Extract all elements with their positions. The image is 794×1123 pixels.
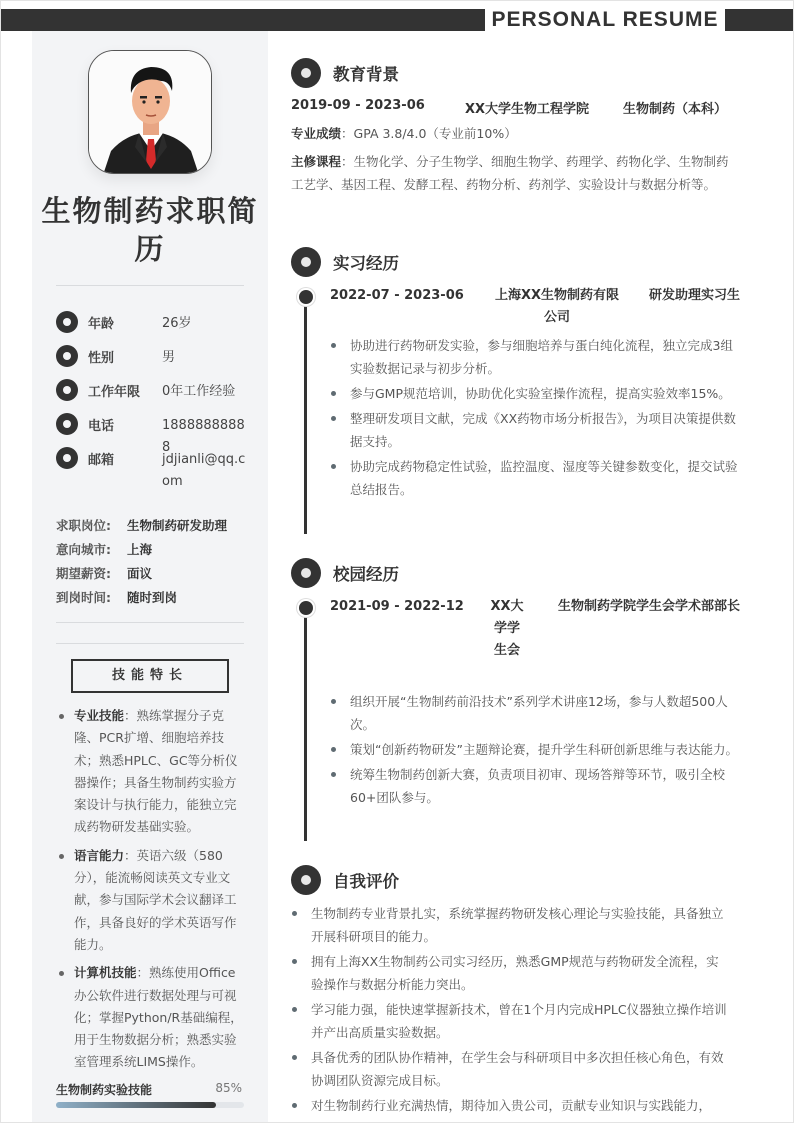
gpa-label: 专业成绩 [291, 126, 341, 141]
bullet-item: 学习能力强，能快速掌握新技术，曾在1个月内完成HPLC仪器独立操作培训并产出高质… [289, 998, 729, 1044]
intent-position: 求职岗位:生物制药研发助理 [56, 514, 227, 538]
intent-label: 期望薪资: [56, 562, 127, 586]
section-title: 自我评价 [333, 868, 399, 892]
circle-bullet-icon [56, 413, 78, 435]
skills-list: 专业技能：熟练掌握分子克隆、PCR扩增、细胞培养技术；熟悉HPLC、GC等分析仪… [56, 705, 246, 1080]
intent-label: 意向城市: [56, 538, 127, 562]
skill-item: 专业技能：熟练掌握分子克隆、PCR扩增、细胞培养技术；熟悉HPLC、GC等分析仪… [56, 705, 246, 839]
info-label: 工作年限 [88, 381, 140, 400]
intent-salary: 期望薪资:面议 [56, 562, 152, 586]
bullet-item: 拥有上海XX生物制药公司实习经历，熟悉GMP规范与药物研发全流程，实验操作与数据… [289, 950, 729, 996]
campus-org: XX大学学生会 [488, 596, 526, 662]
education-courses: 主修课程：生物化学、分子生物学、细胞生物学、药理学、药物化学、生物制药工艺学、基… [291, 150, 736, 196]
bullet-item: 协助进行药物研发实验，参与细胞培养与蛋白纯化流程，独立完成3组实验数据记录与初步… [328, 334, 738, 380]
intent-availability: 到岗时间:随时到岗 [56, 586, 177, 610]
bullet-item: 整理研发项目文献，完成《XX药物市场分析报告》，为项目决策提供数据支持。 [328, 407, 738, 453]
section-bullet-icon [291, 865, 321, 895]
courses-text: ：生物化学、分子生物学、细胞生物学、药理学、药物化学、生物制药工艺学、基因工程、… [291, 154, 729, 192]
bullet-item: 组织开展“生物制药前沿技术”系列学术讲座12场，参与人数超500人次。 [328, 690, 738, 736]
bullet-item: 策划“创新药物研发”主题辩论赛，提升学生科研创新思维与表达能力。 [328, 738, 738, 761]
intent-value: 生物制药研发助理 [127, 518, 227, 533]
intent-label: 到岗时间: [56, 586, 127, 610]
skill-bar-label: 生物制药实验技能 [56, 1081, 152, 1098]
info-label: 邮箱 [88, 449, 114, 468]
circle-bullet-icon [56, 345, 78, 367]
internship-role: 研发助理实习生 [649, 285, 740, 307]
section-title: 实习经历 [333, 250, 399, 274]
skill-text: ：熟练掌握分子克隆、PCR扩增、细胞培养技术；熟悉HPLC、GC等分析仪器操作；… [74, 708, 238, 834]
divider [56, 285, 244, 286]
sidebar: 生物制药求职简历 年龄 26岁 性别 男 工作年限 0年工作经验 电话 1888… [32, 31, 268, 1123]
header-bar-right [725, 9, 794, 31]
education-date: 2019-09 - 2023-06 [291, 98, 425, 113]
education-school: XX大学生物工程学院 [465, 98, 589, 117]
skill-bar-percent: 85% [212, 1081, 242, 1095]
section-title: 校园经历 [333, 561, 399, 585]
intent-value: 随时到岗 [127, 590, 177, 605]
circle-bullet-icon [56, 379, 78, 401]
courses-label: 主修课程 [291, 154, 341, 169]
skill-item: 语言能力：英语六级（580分），能流畅阅读英文专业文献，参与国际学术会议翻译工作… [56, 845, 246, 956]
section-title: 教育背景 [333, 61, 399, 85]
bullet-item: 具备优秀的团队协作精神，在学生会与科研项目中多次担任核心角色，有效协调团队资源完… [289, 1046, 729, 1092]
skill-text: ：熟练使用Office办公软件进行数据处理与可视化；掌握Python/R基础编程… [74, 965, 243, 1069]
info-value[interactable]: jdjianli@qq.com [162, 449, 248, 493]
circle-bullet-icon [56, 447, 78, 469]
campus-bullets: 组织开展“生物制药前沿技术”系列学术讲座12场，参与人数超500人次。 策划“创… [328, 690, 738, 811]
divider [56, 643, 244, 644]
internship-bullets: 协助进行药物研发实验，参与细胞培养与蛋白纯化流程，独立完成3组实验数据记录与初步… [328, 334, 738, 503]
intent-value: 上海 [127, 542, 152, 557]
skill-title: 语言能力 [74, 848, 124, 863]
circle-bullet-icon [56, 311, 78, 333]
skill-title: 计算机技能 [74, 965, 137, 980]
skill-text: ：英语六级（580分），能流畅阅读英文专业文献，参与国际学术会议翻译工作，具备良… [74, 848, 237, 952]
skill-title: 专业技能 [74, 708, 124, 723]
header-bar-left [1, 9, 485, 31]
header-title: PERSONAL RESUME [487, 7, 723, 33]
bullet-item: 协助完成药物稳定性试验，监控温度、湿度等关键参数变化，提交试验总结报告。 [328, 455, 738, 501]
self-eval-bullets: 生物制药专业背景扎实，系统掌握药物研发核心理论与实验技能，具备独立开展科研项目的… [289, 902, 729, 1119]
info-value: 26岁 [162, 313, 248, 335]
info-value: 0年工作经验 [162, 381, 248, 403]
resume-page: PERSONAL RESUME 生物制药求职简历 [0, 0, 794, 1123]
bullet-item: 对生物制药行业充满热情，期待加入贵公司，贡献专业知识与实践能力， [289, 1094, 729, 1117]
section-bullet-icon [291, 558, 321, 588]
intent-city: 意向城市:上海 [56, 538, 152, 562]
section-bullet-icon [291, 58, 321, 88]
campus-date: 2021-09 - 2022-12 [330, 596, 464, 618]
skills-heading: 技能特长 [71, 659, 229, 693]
info-label: 年龄 [88, 313, 114, 332]
bullet-item: 参与GMP规范培训，协助优化实验室操作流程，提高实验效率15%。 [328, 382, 738, 405]
timeline-dot-icon [299, 601, 313, 615]
timeline-line [304, 297, 307, 534]
campus-role: 生物制药学院学生会学术部部长 [558, 596, 740, 618]
internship-date: 2022-07 - 2023-06 [330, 285, 464, 307]
intent-value: 面议 [127, 566, 152, 581]
internship-org: 上海XX生物制药有限公司 [490, 285, 624, 329]
intent-label: 求职岗位: [56, 514, 127, 538]
avatar-illustration-icon [89, 51, 212, 174]
timeline-dot-icon [299, 290, 313, 304]
skill-progress-bar [56, 1102, 244, 1108]
info-value: 男 [162, 347, 248, 369]
skill-progress-fill [56, 1102, 216, 1108]
section-bullet-icon [291, 247, 321, 277]
divider [56, 622, 244, 623]
info-label: 电话 [88, 415, 114, 434]
skill-item: 计算机技能：熟练使用Office办公软件进行数据处理与可视化；掌握Python/… [56, 962, 246, 1073]
education-gpa: 专业成绩：GPA 3.8/4.0（专业前10%） [291, 122, 736, 145]
bullet-item: 统筹生物制药创新大赛，负责项目初审、现场答辩等环节，吸引全校60+团队参与。 [328, 763, 738, 809]
info-label: 性别 [88, 347, 114, 366]
gpa-text: ：GPA 3.8/4.0（专业前10%） [341, 126, 517, 141]
education-major: 生物制药（本科） [623, 98, 727, 117]
timeline-line [304, 608, 307, 841]
bullet-item: 生物制药专业背景扎实，系统掌握药物研发核心理论与实验技能，具备独立开展科研项目的… [289, 902, 729, 948]
avatar [88, 50, 212, 174]
resume-name: 生物制药求职简历 [32, 192, 268, 268]
